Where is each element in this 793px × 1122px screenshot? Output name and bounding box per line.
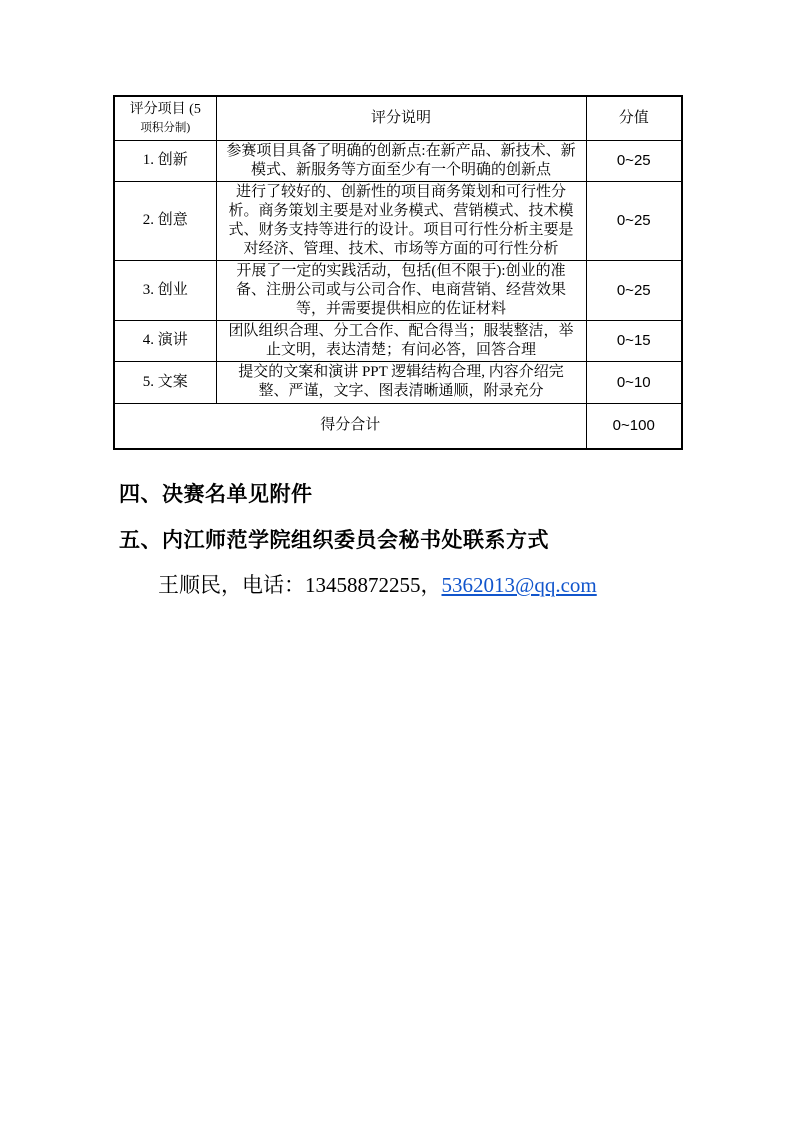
item-label: 1. 创新 (114, 140, 216, 181)
item-description: 进行了较好的、创新性的项目商务策划和可行性分析。商务策划主要是对业务模式、营销模… (216, 181, 586, 260)
table-total-row: 得分合计 0~100 (114, 403, 682, 449)
contact-name-phone: 王顺民，电话：13458872255， (158, 573, 442, 597)
section-heading-finalists: 四、决赛名单见附件 (119, 478, 313, 508)
email-link[interactable]: 5362013@qq.com (442, 573, 597, 597)
table-header-row: 评分项目 (5 项积分制) 评分说明 分值 (114, 96, 682, 140)
item-label: 3. 创业 (114, 260, 216, 320)
column-header-score: 分值 (586, 96, 682, 140)
item-score: 0~25 (586, 181, 682, 260)
item-score: 0~25 (586, 260, 682, 320)
total-score: 0~100 (586, 403, 682, 449)
item-score: 0~15 (586, 320, 682, 361)
column-header-item-line1: 评分项目 (5 (123, 100, 208, 120)
table-row: 3. 创业 开展了一定的实践活动，包括(但不限于):创业的准备、注册公司或与公司… (114, 260, 682, 320)
item-description: 提交的文案和演讲 PPT 逻辑结构合理, 内容介绍完整、严谨，文字、图表清晰通顺… (216, 361, 586, 403)
score-table: 评分项目 (5 项积分制) 评分说明 分值 1. 创新 参赛项目具备了明确的创新… (113, 95, 683, 450)
table-row: 1. 创新 参赛项目具备了明确的创新点:在新产品、新技术、新模式、新服务等方面至… (114, 140, 682, 181)
item-label: 4. 演讲 (114, 320, 216, 361)
item-description: 团队组织合理、分工合作、配合得当；服装整洁，举止文明，表达清楚；有问必答，回答合… (216, 320, 586, 361)
item-description: 开展了一定的实践活动，包括(但不限于):创业的准备、注册公司或与公司合作、电商营… (216, 260, 586, 320)
column-header-item-line2: 项积分制) (123, 120, 208, 136)
item-label: 2. 创意 (114, 181, 216, 260)
table-row: 2. 创意 进行了较好的、创新性的项目商务策划和可行性分析。商务策划主要是对业务… (114, 181, 682, 260)
section-heading-contact: 五、内江师范学院组织委员会秘书处联系方式 (119, 524, 549, 554)
item-score: 0~10 (586, 361, 682, 403)
table-row: 4. 演讲 团队组织合理、分工合作、配合得当；服装整洁，举止文明，表达清楚；有问… (114, 320, 682, 361)
item-description: 参赛项目具备了明确的创新点:在新产品、新技术、新模式、新服务等方面至少有一个明确… (216, 140, 586, 181)
item-score: 0~25 (586, 140, 682, 181)
total-label: 得分合计 (114, 403, 586, 449)
column-header-item: 评分项目 (5 项积分制) (114, 96, 216, 140)
table-row: 5. 文案 提交的文案和演讲 PPT 逻辑结构合理, 内容介绍完整、严谨，文字、… (114, 361, 682, 403)
document-page: 评分项目 (5 项积分制) 评分说明 分值 1. 创新 参赛项目具备了明确的创新… (0, 0, 793, 1122)
column-header-description: 评分说明 (216, 96, 586, 140)
contact-line: 王顺民，电话：13458872255，5362013@qq.com (158, 569, 597, 599)
item-label: 5. 文案 (114, 361, 216, 403)
